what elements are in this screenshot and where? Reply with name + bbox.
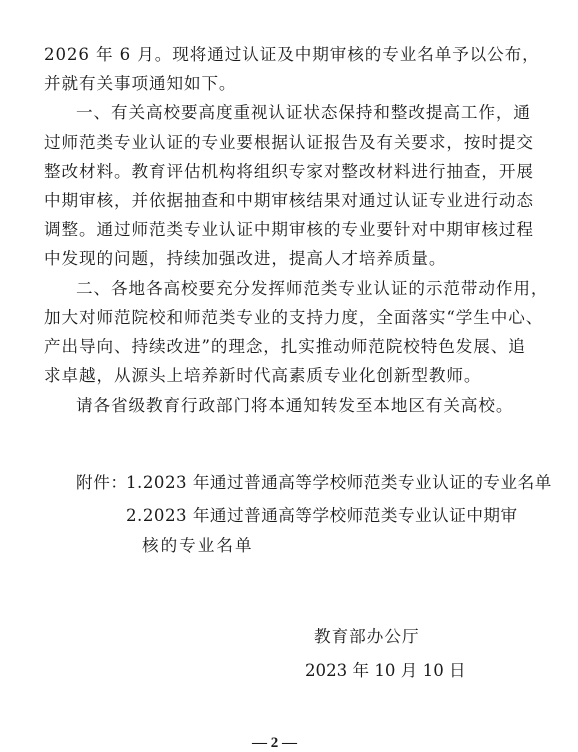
body-line: 并就有关事项通知如下。 (44, 74, 519, 94)
body-line: 过师范类专业认证的专业要根据认证报告及有关要求，按时提交 (44, 133, 519, 153)
body-line: 中期审核，并依据抽查和中期审核结果对通过认证专业进行动态 (44, 191, 519, 211)
body-line: 加大对师范院校和师范类专业的支持力度，全面落实“学生中心、 (44, 308, 519, 328)
closing-paragraph: 请各省级教育行政部门将本通知转发至本地区有关高校。 (76, 396, 519, 416)
body-line: 整改材料。教育评估机构将组织专家对整改材料进行抽查，开展 (44, 162, 519, 182)
attachment-item-2: 2.2023 年通过普通高等学校师范类专业认证中期审 (126, 506, 518, 526)
issuer-name: 教育部办公厅 (314, 627, 420, 647)
issue-date: 2023 年 10 月 10 日 (305, 661, 466, 681)
paragraph-one-start: 一、有关高校要高度重视认证状态保持和整改提高工作，通 (76, 103, 519, 123)
body-line: 2026 年 6 月。现将通过认证及中期审核的专业名单予以公布， (44, 45, 519, 65)
attachment-item-2-continued: 核的专业名单 (142, 536, 254, 556)
attachment-item-1: 1.2023 年通过普通高等学校师范类专业认证的专业名单 (126, 473, 552, 493)
body-line: 产出导向、持续改进”的理念，扎实推动师范院校特色发展、追 (44, 337, 519, 357)
body-line: 调整。通过师范类专业认证中期审核的专业要针对中期审核过程 (44, 220, 519, 240)
document-page: 2026 年 6 月。现将通过认证及中期审核的专业名单予以公布， 并就有关事项通… (0, 0, 578, 752)
body-line: 中发现的问题，持续加强改进，提高人才培养质量。 (44, 249, 519, 269)
page-number: — 2 — (252, 734, 297, 752)
attachments-label: 附件： (76, 473, 128, 493)
paragraph-two-start: 二、各地各高校要充分发挥师范类专业认证的示范带动作用， (76, 279, 519, 299)
body-line: 求卓越，从源头上培养新时代高素质专业化创新型教师。 (44, 366, 519, 386)
